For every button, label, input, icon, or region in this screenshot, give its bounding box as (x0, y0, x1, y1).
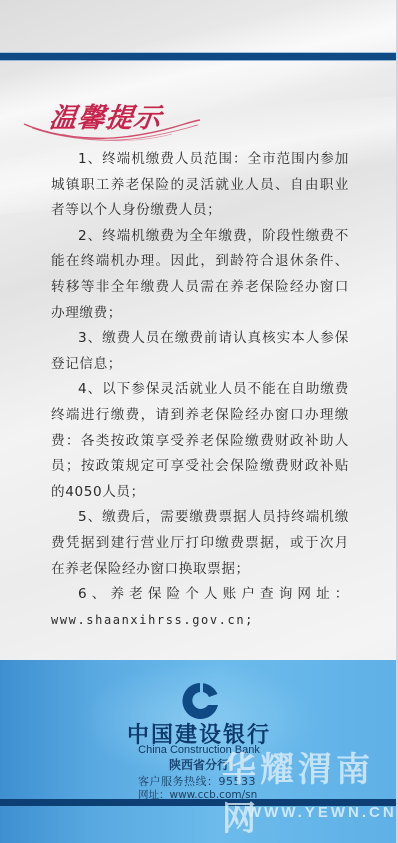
notice-item-5: 5、缴费后，需要缴费票据人员持终端机缴费凭据到建行营业厅打印缴费票据，或于次月在… (51, 505, 349, 582)
notice-item-4: 4、以下参保灵活就业人员不能在自助缴费终端进行缴费，请到养老保险经办窗口办理缴费… (51, 377, 349, 505)
notice-item-2: 2、终端机缴费为全年缴费，阶段性缴费不能在终端机办理。因此，到龄符合退休条件、转… (51, 224, 349, 326)
poster-title: 温馨提示 (22, 92, 202, 152)
notice-item-3: 3、缴费人员在缴费前请认真核实本人参保登记信息； (51, 326, 349, 377)
notice-body: 1、终端机缴费人员范围：全市范围内参加城镇职工养老保险的灵活就业人员、自由职业者… (51, 147, 349, 633)
notice-item-1: 1、终端机缴费人员范围：全市范围内参加城镇职工养老保险的灵活就业人员、自由职业者… (51, 147, 349, 224)
ccb-logo-icon (178, 681, 222, 721)
title-warm-tips: 温馨提示 (47, 96, 164, 135)
watermark-site-url: WWW.YEWN.CN (247, 804, 397, 821)
notice-poster: 温馨提示 1、终端机缴费人员范围：全市范围内参加城镇职工养老保险的灵活就业人员、… (0, 0, 398, 843)
notice-item-6: 6、养老保险个人账户查询网址： (51, 582, 349, 608)
watermark-site-name: 华耀渭南网 (222, 742, 396, 840)
query-url: www.shaanxihrss.gov.cn; (51, 608, 349, 634)
top-stripe-divider (0, 53, 398, 60)
